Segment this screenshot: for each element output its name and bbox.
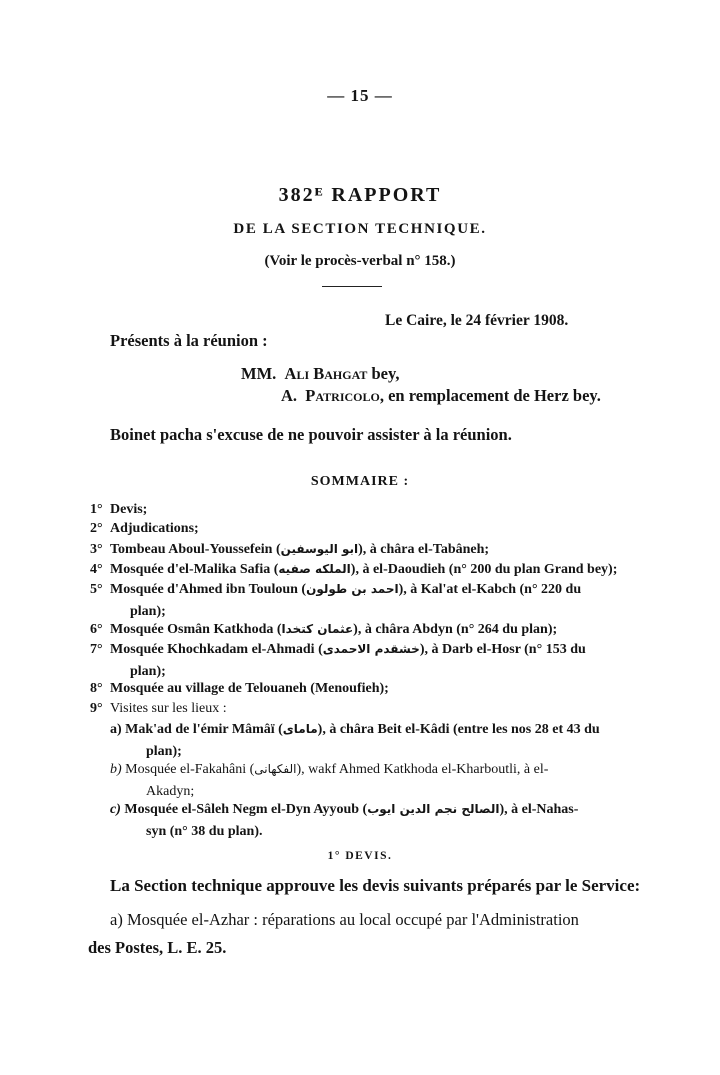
arabic-name: ابو اليوسفين bbox=[281, 542, 359, 556]
attendee-name: Patricolo bbox=[305, 386, 380, 405]
subitem-text: Mosquée el-Fakahâni ( bbox=[125, 762, 254, 777]
item-text: Tombeau Aboul-Youssefein ( bbox=[110, 542, 281, 557]
page-number: — 15 — bbox=[0, 86, 720, 106]
item-text: Mosquée Osmân Katkhoda ( bbox=[110, 622, 282, 637]
item-text-after: ), à Darb el-Hosr (n° 153 du bbox=[420, 642, 586, 657]
arabic-name: خشقدم الاحمدى bbox=[323, 642, 420, 656]
presents-label: Présents à la réunion : bbox=[110, 331, 268, 351]
item-text: Mosquée au village de Telouaneh (Menoufi… bbox=[110, 681, 389, 696]
item-text-after: ), à el-Daoudieh (n° 200 du plan Grand b… bbox=[351, 562, 618, 577]
item-text-after: ), à châra Abdyn (n° 264 du plan); bbox=[353, 622, 557, 637]
item-text-after: ), à Kal'at el-Kabch (n° 220 du bbox=[399, 582, 582, 597]
subitem-text-after: ), wakf Ahmed Katkhoda el-Kharboutli, à … bbox=[296, 762, 548, 777]
devis-intro: La Section technique approuve les devis … bbox=[110, 876, 640, 896]
attendee-suffix: bey, bbox=[372, 364, 400, 383]
attendee-name: Ali Bahgat bbox=[285, 364, 368, 383]
summary-item: 2°Adjudications; bbox=[90, 518, 620, 540]
proces-verbal-reference: (Voir le procès-verbal n° 158.) bbox=[0, 253, 720, 270]
report-title: 382ᴱ RAPPORT bbox=[0, 184, 720, 207]
attendee-suffix: , en remplacement de Herz bey. bbox=[380, 386, 601, 405]
subitem-text-after: ), à châra Beit el-Kâdi (entre les nos 2… bbox=[318, 722, 600, 737]
report-subtitle: DE LA SECTION TECHNIQUE. bbox=[0, 221, 720, 238]
summary-subitem: c) Mosquée el-Sâleh Negm el-Dyn Ayyoub (… bbox=[110, 798, 620, 843]
arabic-name: ماماى bbox=[283, 722, 318, 736]
subitem-text: Mak'ad de l'émir Mâmâï ( bbox=[125, 722, 283, 737]
excuse-line: Boinet pacha s'excuse de ne pouvoir assi… bbox=[110, 425, 512, 445]
summary-heading: SOMMAIRE : bbox=[0, 474, 720, 490]
summary-subitem: a) Mak'ad de l'émir Mâmâï (ماماى), à châ… bbox=[110, 718, 620, 763]
subitem-text: Mosquée el-Sâleh Negm el-Dyn Ayyoub ( bbox=[124, 802, 367, 817]
attendee-1: MM. Ali Bahgat bey, bbox=[241, 364, 399, 384]
arabic-name: الملكه صفيه bbox=[278, 562, 350, 576]
subitem-letter: b) bbox=[110, 762, 122, 777]
item-text: Mosquée d'Ahmed ibn Touloun ( bbox=[110, 582, 306, 597]
arabic-name: عثمان كتخدا bbox=[282, 622, 354, 636]
subitem-text-after: ), à el-Nahas- bbox=[499, 802, 578, 817]
subitem-continuation: syn (n° 38 du plan). bbox=[110, 824, 262, 839]
summary-subitem: b) Mosquée el-Fakahâni (الفكهانى), wakf … bbox=[110, 758, 620, 803]
devis-item-a-continuation: des Postes, L. E. 25. bbox=[88, 938, 226, 958]
devis-item-a: a) Mosquée el-Azhar : réparations au loc… bbox=[110, 910, 579, 930]
item-continuation: plan); bbox=[90, 664, 166, 679]
summary-item: 8°Mosquée au village de Telouaneh (Menou… bbox=[90, 678, 620, 700]
item-text: Visites sur les lieux : bbox=[110, 701, 227, 716]
subitem-letter: c) bbox=[110, 802, 121, 817]
arabic-name: الصالح نجم الدين ايوب bbox=[367, 802, 499, 816]
item-text: Adjudications; bbox=[110, 521, 199, 536]
attendee-prefix: MM. bbox=[241, 364, 276, 383]
subitem-continuation: plan); bbox=[110, 744, 182, 759]
item-number: 9° bbox=[90, 698, 110, 720]
summary-item: 7°Mosquée Khochkadam el-Ahmadi (خشقدم ال… bbox=[90, 638, 620, 683]
date-line: Le Caire, le 24 février 1908. bbox=[385, 312, 568, 330]
arabic-name: احمد بن طولون bbox=[306, 582, 399, 596]
summary-item: 5°Mosquée d'Ahmed ibn Touloun (احمد بن ط… bbox=[90, 578, 620, 623]
title-rule-divider bbox=[322, 286, 382, 287]
summary-item: 9°Visites sur les lieux : bbox=[90, 698, 620, 720]
attendee-2: A. Patricolo, en remplacement de Herz be… bbox=[281, 386, 601, 406]
attendee-prefix: A. bbox=[281, 386, 297, 405]
item-text: Mosquée Khochkadam el-Ahmadi ( bbox=[110, 642, 323, 657]
item-number: 7° bbox=[90, 639, 110, 661]
subitem-continuation: Akadyn; bbox=[110, 784, 194, 799]
item-number: 5° bbox=[90, 579, 110, 601]
devis-section-heading: 1° DEVIS. bbox=[0, 850, 720, 862]
arabic-name: الفكهانى bbox=[254, 762, 296, 776]
item-number: 8° bbox=[90, 678, 110, 700]
subitem-letter: a) bbox=[110, 722, 122, 737]
item-text: Mosquée d'el-Malika Safia ( bbox=[110, 562, 278, 577]
item-text: Devis; bbox=[110, 502, 147, 517]
item-text-after: ), à châra el-Tabâneh; bbox=[358, 542, 489, 557]
item-number: 2° bbox=[90, 518, 110, 540]
item-continuation: plan); bbox=[90, 604, 166, 619]
